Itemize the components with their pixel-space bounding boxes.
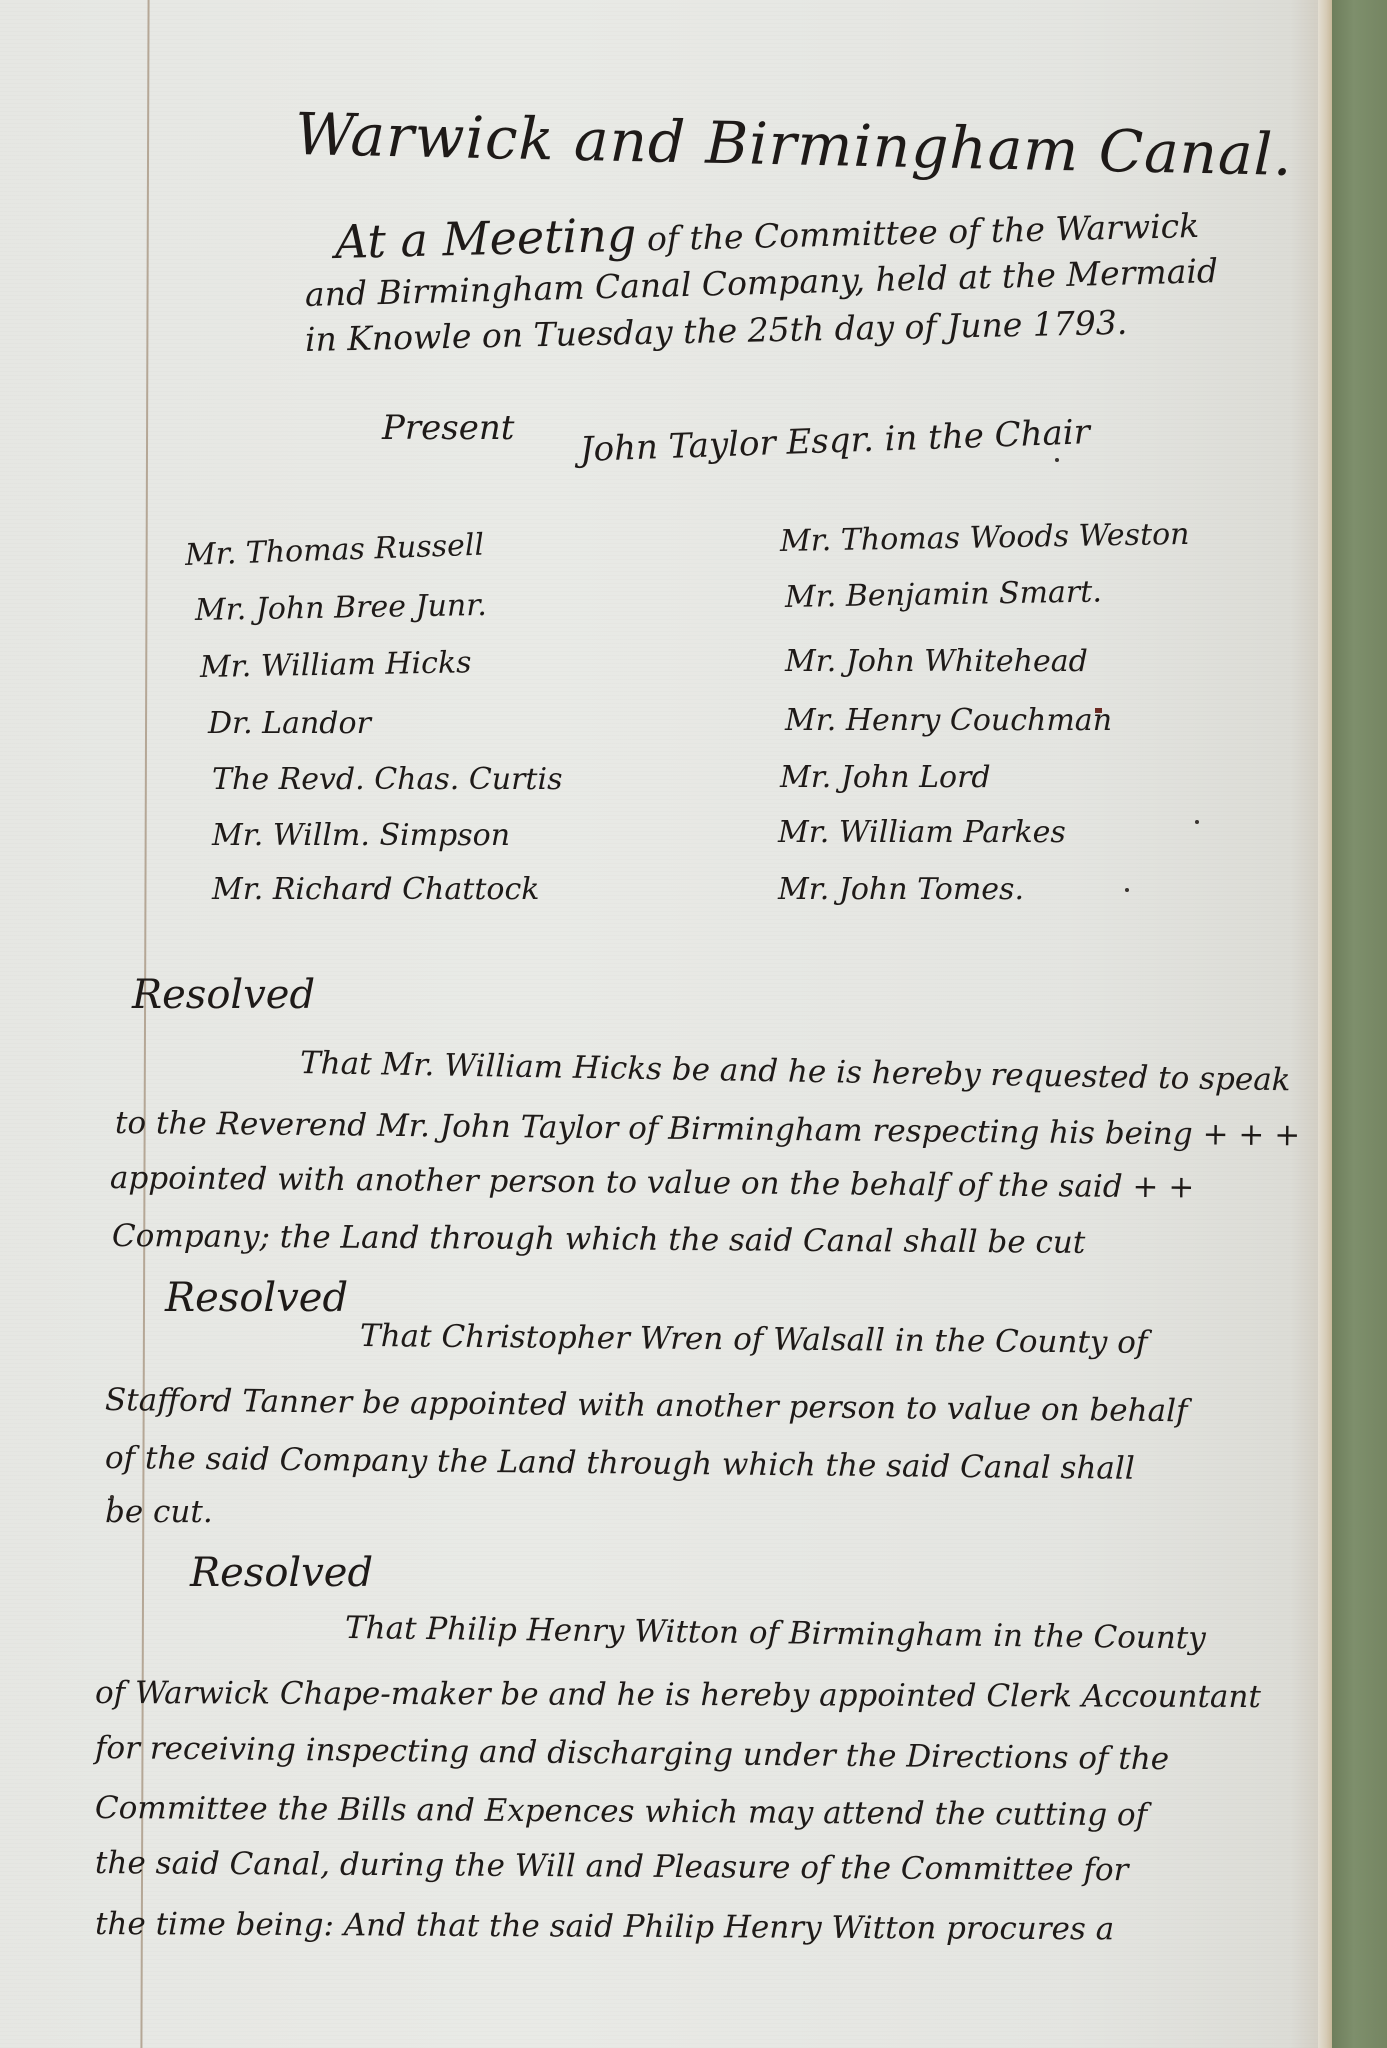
attendee-left: The Revd. Chas. Curtis <box>212 762 562 797</box>
resolution-line: appointed with another person to value o… <box>110 1160 1195 1205</box>
green-mount-background <box>1332 0 1387 2048</box>
attendee-right: Mr. John Lord <box>780 760 991 795</box>
resolution-line: the time being: And that the said Philip… <box>95 1906 1114 1947</box>
resolution-line: That Philip Henry Witton of Birmingham i… <box>345 1610 1206 1657</box>
resolution-line: of the said Company the Land through whi… <box>105 1440 1135 1487</box>
attendee-left: Mr. William Hicks <box>200 645 472 685</box>
attendee-left: Mr. Richard Chattock <box>212 872 539 907</box>
resolved-heading: Resolved <box>190 1550 373 1596</box>
red-ink-spot <box>1095 708 1102 713</box>
present-label: Present <box>382 408 514 448</box>
chairman: John Taylor Esqr. in the Chair <box>579 412 1090 470</box>
resolution-line: for receiving inspecting and discharging… <box>95 1730 1169 1777</box>
resolution-line: to the Reverend Mr. John Taylor of Birmi… <box>115 1105 1301 1153</box>
resolution-line: be cut. <box>105 1494 213 1530</box>
manuscript-page: Warwick and Birmingham Canal. At a Meeti… <box>0 0 1330 2048</box>
attendee-left: Mr. Willm. Simpson <box>212 818 510 853</box>
resolution-line: Stafford Tanner be appointed with anothe… <box>105 1382 1188 1429</box>
ink-speck <box>1055 458 1059 462</box>
attendee-right: Mr. Henry Couchman <box>785 703 1112 738</box>
attendee-right: Mr. William Parkes <box>778 815 1066 850</box>
meeting-rest: of the Committee of the Warwick <box>646 206 1199 258</box>
resolution-line: Company; the Land through which the said… <box>112 1218 1086 1261</box>
meeting-lead: At a Meeting <box>334 208 637 269</box>
page-edge <box>1318 0 1332 2048</box>
attendee-right: Mr. Benjamin Smart. <box>785 574 1102 615</box>
resolution-line: of Warwick Chape-maker be and he is here… <box>95 1675 1261 1715</box>
ink-speck <box>1125 888 1129 892</box>
attendee-left: Mr. Thomas Russell <box>184 528 484 573</box>
resolution-line: That Christopher Wren of Walsall in the … <box>360 1318 1148 1361</box>
attendee-right: Mr. John Whitehead <box>785 644 1088 679</box>
attendee-right: Mr. John Tomes. <box>778 872 1024 907</box>
resolution-line: Committee the Bills and Expences which m… <box>95 1790 1147 1833</box>
intro-line-3: in Knowle on Tuesday the 25th day of Jun… <box>305 303 1128 359</box>
ink-speck <box>1195 820 1199 824</box>
resolved-heading: Resolved <box>165 1275 348 1321</box>
ink-speck <box>110 1495 114 1499</box>
resolution-line: That Mr. William Hicks be and he is here… <box>300 1045 1291 1098</box>
resolution-line: the said Canal, during the Will and Plea… <box>95 1845 1129 1888</box>
attendee-left: Mr. John Bree Junr. <box>195 588 487 628</box>
resolved-heading: Resolved <box>132 972 315 1018</box>
attendee-right: Mr. Thomas Woods Weston <box>780 517 1190 559</box>
document-title: Warwick and Birmingham Canal. <box>294 100 1293 189</box>
attendee-left: Dr. Landor <box>208 706 371 741</box>
